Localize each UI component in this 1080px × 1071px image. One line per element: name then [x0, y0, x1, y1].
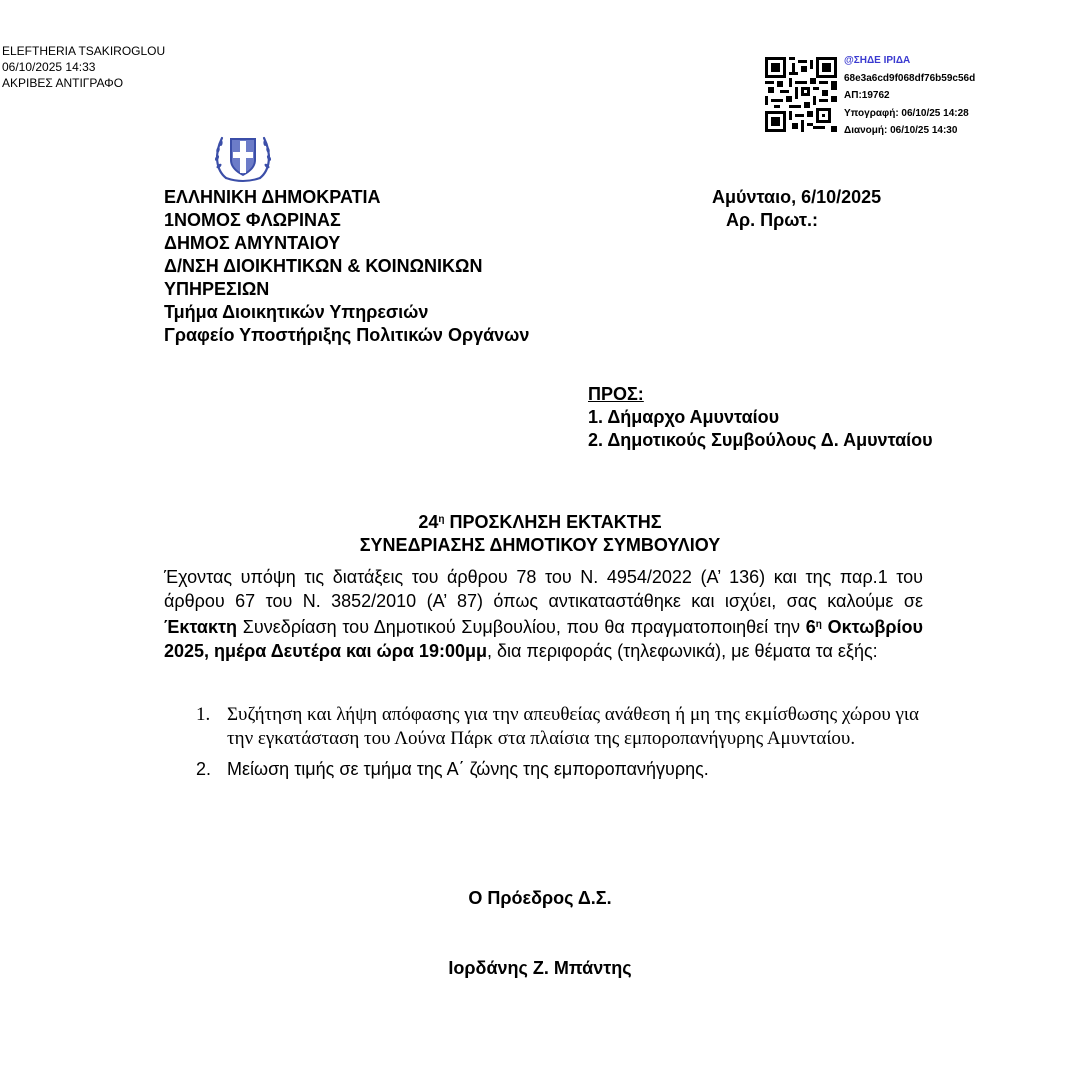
recipient-item: 1. Δήμαρχο Αμυνταίου: [588, 406, 933, 429]
header-line: Δ/ΝΣΗ ΔΙΟΙΚΗΤΙΚΩΝ & ΚΟΙΝΩΝΙΚΩΝ: [164, 255, 529, 278]
place-and-date-block: Αμύνταιο, 6/10/2025 Αρ. Πρωτ.:: [712, 186, 881, 232]
agenda-item-number: 2.: [196, 758, 227, 781]
title-line-2: ΣΥΝΕΔΡΙΑΣΗΣ ΔΗΜΟΤΙΚΟΥ ΣΥΜΒΟΥΛΙΟΥ: [0, 534, 1080, 557]
signature-signed-date: Υπογραφή: 06/10/25 14:28: [844, 105, 975, 123]
body-text-part: Έχοντας υπόψη τις διατάξεις του άρθρου 7…: [164, 567, 923, 611]
header-line: 1ΝΟΜΟΣ ΦΛΩΡΙΝΑΣ: [164, 209, 529, 232]
signatory-role: Ο Πρόεδρος Δ.Σ.: [0, 888, 1080, 909]
recipients-label: ΠΡΟΣ:: [588, 383, 933, 406]
signature-distribution-date: Διανομή: 06/10/25 14:30: [844, 122, 975, 140]
header-line: ΔΗΜΟΣ ΑΜΥΝΤΑΙΟΥ: [164, 232, 529, 255]
signature-hash: 68e3a6cd9f068df76b59c56d: [844, 70, 975, 88]
title-number: 24: [418, 512, 438, 532]
invitation-paragraph: Έχοντας υπόψη τις διατάξεις του άρθρου 7…: [164, 566, 923, 663]
stamp-note: ΑΚΡΙΒΕΣ ΑΝΤΙΓΡΑΦΟ: [2, 75, 165, 91]
protocol-number-label: Αρ. Πρωτ.:: [712, 209, 881, 232]
agenda-item-text: Συζήτηση και λήψη απόφασης για την απευθ…: [227, 703, 919, 750]
place-date: Αμύνταιο, 6/10/2025: [712, 186, 881, 209]
agenda-list: 1. Συζήτηση και λήψη απόφασης για την απ…: [196, 703, 919, 781]
header-line: Τμήμα Διοικητικών Υπηρεσιών: [164, 301, 529, 324]
body-emphasis-extraordinary: Έκτακτη: [164, 617, 237, 637]
agenda-item: 2. Μείωση τιμής σε τμήμα της Α΄ ζώνης τη…: [196, 758, 919, 781]
signature-brand: @ΣΗΔΕ ΙΡΙΔΑ: [844, 52, 975, 70]
signature-block: @ΣΗΔΕ ΙΡΙΔΑ 68e3a6cd9f068df76b59c56d ΑΠ:…: [844, 52, 975, 140]
signatory-name: Ιορδάνης Ζ. Μπάντης: [0, 958, 1080, 979]
header-line: ΕΛΛΗΝΙΚΗ ΔΗΜΟΚΡΑΤΙΑ: [164, 186, 529, 209]
meeting-day: 6: [806, 617, 816, 637]
stamp-signer: ELEFTHERIA TSAKIROGLOU: [2, 43, 165, 59]
body-text-part: , δια περιφοράς (τηλεφωνικά), με θέματα …: [487, 641, 878, 661]
agenda-item: 1. Συζήτηση και λήψη απόφασης για την απ…: [196, 703, 919, 750]
qr-code-icon: [765, 57, 837, 132]
recipients-block: ΠΡΟΣ: 1. Δήμαρχο Αμυνταίου 2. Δημοτικούς…: [588, 383, 933, 452]
title-line-1: ΠΡΟΣΚΛΗΣΗ ΕΚΤΑΚΤΗΣ: [445, 512, 662, 532]
agenda-item-number: 1.: [196, 703, 227, 750]
issuing-authority: ΕΛΛΗΝΙΚΗ ΔΗΜΟΚΡΑΤΙΑ 1ΝΟΜΟΣ ΦΛΩΡΙΝΑΣ ΔΗΜΟ…: [164, 186, 529, 347]
stamp-datetime: 06/10/2025 14:33: [2, 59, 165, 75]
header-line: Γραφείο Υποστήριξης Πολιτικών Οργάνων: [164, 324, 529, 347]
copy-stamp: ELEFTHERIA TSAKIROGLOU 06/10/2025 14:33 …: [2, 43, 165, 91]
signature-protocol: ΑΠ:19762: [844, 87, 975, 105]
greek-coat-of-arms-icon: [212, 126, 274, 184]
agenda-item-text: Μείωση τιμής σε τμήμα της Α΄ ζώνης της ε…: [227, 758, 709, 781]
header-line: ΥΠΗΡΕΣΙΩΝ: [164, 278, 529, 301]
document-title: 24η ΠΡΟΣΚΛΗΣΗ ΕΚΤΑΚΤΗΣ ΣΥΝΕΔΡΙΑΣΗΣ ΔΗΜΟΤ…: [0, 508, 1080, 557]
body-text-part: Συνεδρίαση του Δημοτικού Συμβουλίου, που…: [237, 617, 806, 637]
recipient-item: 2. Δημοτικούς Συμβούλους Δ. Αμυνταίου: [588, 429, 933, 452]
